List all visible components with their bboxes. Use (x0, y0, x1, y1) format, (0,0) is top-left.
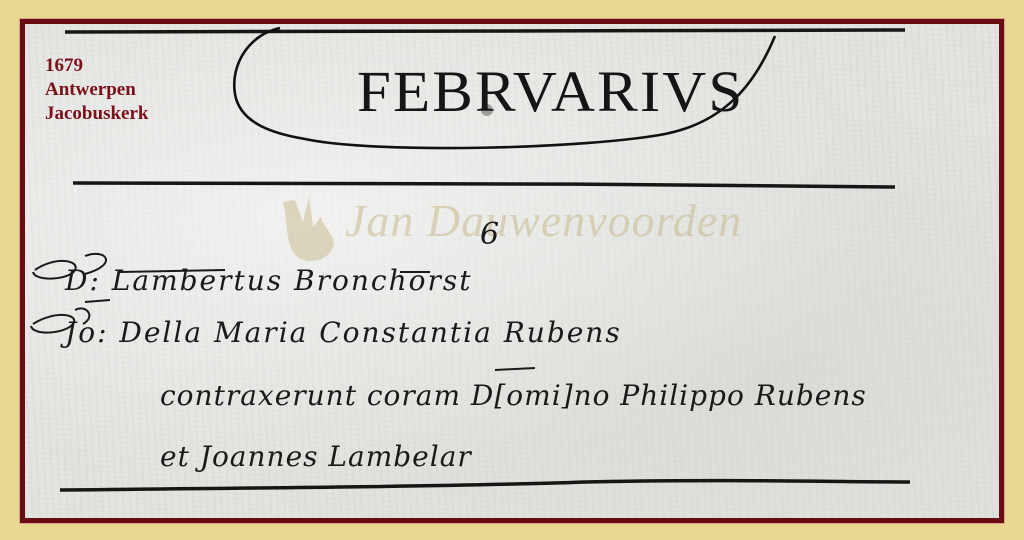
top-rule (65, 30, 905, 32)
outer-background: 1679 Antwerpen Jacobuskerk Jan Dauwenvoo… (0, 0, 1024, 540)
record-line-3: contraxerunt coram D[omi]no Philippo Rub… (160, 379, 867, 412)
label-church: Jacobuskerk (45, 102, 148, 126)
record-label: 1679 Antwerpen Jacobuskerk (45, 54, 148, 126)
day-number: 6 (480, 217, 499, 252)
hand-logo-icon (273, 192, 343, 272)
document-frame: 1679 Antwerpen Jacobuskerk Jan Dauwenvoo… (20, 19, 1004, 523)
abbrev-mark (85, 300, 110, 302)
abbrev-mark-2 (495, 368, 535, 370)
record-line-1: D: Lambertus Bronchorst (65, 264, 472, 297)
watermark-text: Jan Dauwenvoorden (345, 194, 742, 247)
record-line-4: et Joannes Lambelar (160, 440, 472, 473)
heading-rule (73, 183, 895, 187)
month-heading: FEBRVARIVS (357, 58, 744, 125)
bottom-rule (60, 481, 910, 490)
label-year: 1679 (45, 54, 148, 78)
record-line-2: Jo: Della Maria Constantia Rubens (65, 316, 622, 349)
label-city: Antwerpen (45, 78, 148, 102)
